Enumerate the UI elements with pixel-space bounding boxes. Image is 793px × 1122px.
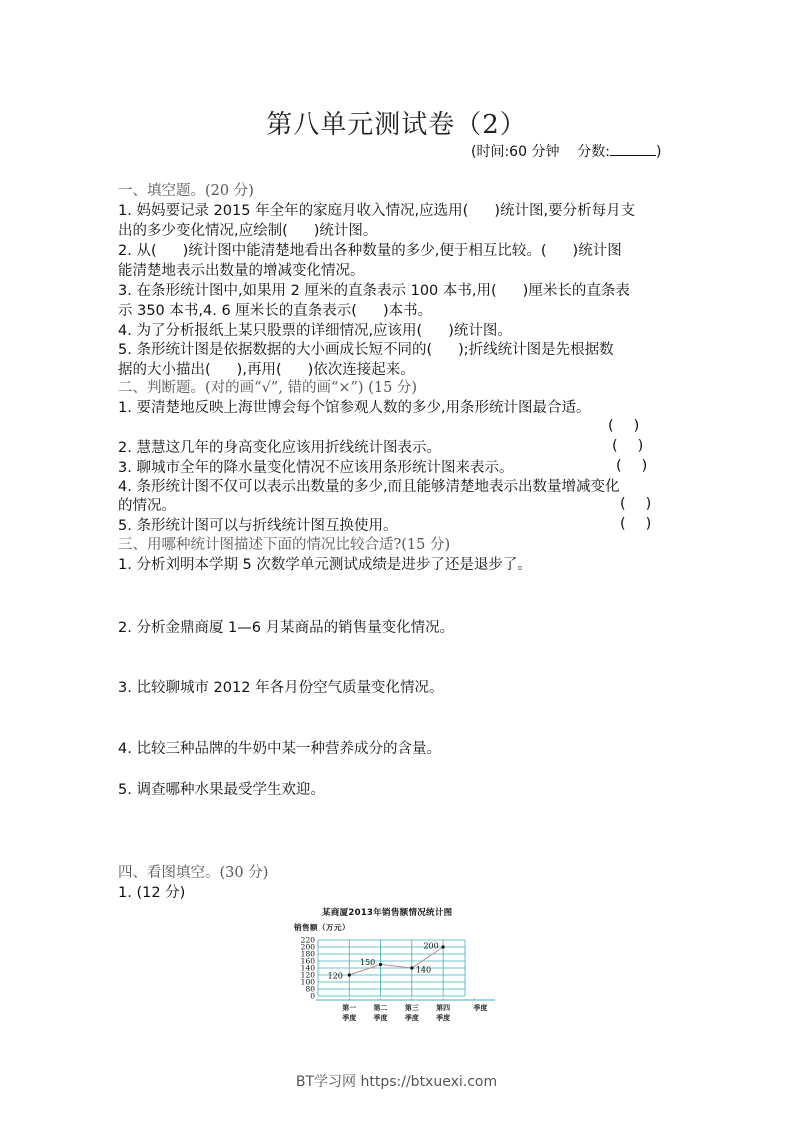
s3-item-1: 1. 分析刘明本学期 5 次数学单元测试成绩是进步了还是退步了。 [118, 555, 532, 575]
page-title: 第八单元测试卷（2） [0, 104, 793, 141]
watermark: BT学习网 https://btxuexi.com [0, 1071, 793, 1091]
s4-question-1-label: 1. (12 分) [118, 883, 185, 903]
svg-text:季度: 季度 [473, 1003, 487, 1012]
svg-text:第一: 第一 [342, 1003, 356, 1012]
section-3-heading: 三、用哪种统计图描述下面的情况比较合适?(15 分) [118, 535, 450, 555]
svg-text:季度: 季度 [374, 1013, 388, 1022]
svg-text:140: 140 [416, 966, 431, 975]
section-2-heading: 二、判断题。(对的画“√”, 错的画“×”) (15 分) [118, 378, 417, 398]
s2-item-3: 3. 聊城市全年的降水量变化情况不应该用条形统计图来表示。 [118, 458, 513, 478]
s1-line-3: 2. 从()统计图中能清楚地看出各种数量的多少,便于相互比较。()统计图 [118, 241, 622, 261]
svg-text:第二: 第二 [374, 1003, 388, 1012]
svg-text:第四: 第四 [436, 1003, 450, 1012]
s2-item-4: 4. 条形统计图不仅可以表示出数量的多少,而且能够清楚地表示出数量增减变化 [118, 477, 620, 497]
svg-text:220: 220 [301, 936, 316, 945]
s1-line-4: 能清楚地表示出数量的增减变化情况。 [118, 261, 365, 281]
close-paren: ) [656, 144, 661, 160]
svg-text:第三: 第三 [405, 1003, 419, 1012]
s3-item-4: 4. 比较三种品牌的牛奶中某一种营养成分的含量。 [118, 739, 441, 759]
s3-item-2: 2. 分析金鼎商厦 1—6 月某商品的销售量变化情况。 [118, 618, 454, 638]
s3-item-3: 3. 比较聊城市 2012 年各月份空气质量变化情况。 [118, 678, 444, 698]
score-blank[interactable] [610, 143, 656, 156]
svg-text:150: 150 [360, 958, 375, 967]
s1-line-9: 据的大小描出(),再用()依次连接起来。 [118, 360, 415, 380]
s1-line-5: 3. 在条形统计图中,如果用 2 厘米的直条表示 100 本书,用()厘米长的直… [118, 281, 630, 301]
s1-line-8: 5. 条形统计图是依据数据的大小画成长短不同的();折线统计图是先根据数 [118, 340, 614, 360]
svg-text:季度: 季度 [342, 1013, 356, 1022]
s1-line-7: 4. 为了分析报纸上某只股票的详细情况,应该用()统计图。 [118, 321, 512, 341]
svg-text:季度: 季度 [405, 1013, 419, 1022]
svg-text:季度: 季度 [436, 1013, 450, 1022]
s1-line-1: 1. 妈妈要记录 2015 年全年的家庭月收入情况,应选用()统计图,要分析每月… [118, 201, 635, 221]
exam-meta: (时间:60 分钟 分数:) [471, 141, 661, 161]
section-4-heading: 四、看图填空。(30 分) [118, 863, 268, 883]
svg-text:120: 120 [328, 972, 343, 981]
s2-answer-1[interactable]: () [608, 418, 639, 434]
section-1-heading: 一、填空题。(20 分) [118, 181, 254, 201]
s2-item-5: 5. 条形统计图可以与折线统计图互换使用。 [118, 516, 397, 536]
s2-answer-5[interactable]: () [620, 516, 651, 532]
s3-item-5: 5. 调查哪种水果最受学生欢迎。 [118, 780, 325, 800]
score-label: 分数: [577, 144, 610, 160]
svg-text:200: 200 [423, 942, 438, 951]
s2-answer-3[interactable]: () [616, 458, 647, 474]
sales-line-chart: 某商厦2013年销售额情况统计图 销售额（万元） 080100120140160… [290, 903, 505, 1023]
s2-answer-4[interactable]: () [620, 496, 651, 512]
s2-answer-2[interactable]: () [612, 438, 643, 454]
s2-item-2: 2. 慧慧这几年的身高变化应该用折线统计图表示。 [118, 438, 441, 458]
time-label: (时间:60 分钟 [471, 144, 559, 160]
s2-item-4-cont: 的情况。 [118, 496, 176, 516]
s1-line-2: 出的多少变化情况,应绘制()统计图。 [118, 221, 377, 241]
s2-item-1: 1. 要清楚地反映上海世博会每个馆参观人数的多少,用条形统计图最合适。 [118, 398, 591, 418]
s1-line-6: 示 350 本书,4. 6 厘米长的直条表示()本书。 [118, 301, 432, 321]
chart-plot: 080100120140160180200220第一季度第二季度第三季度第四季度… [290, 903, 505, 1023]
